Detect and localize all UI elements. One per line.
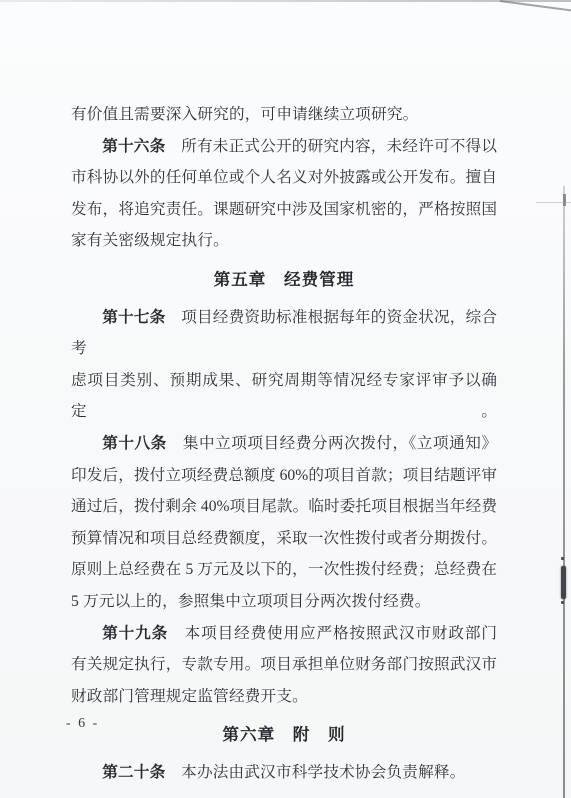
body-line: 第十八条 集中立项项目经费分两次拨付，《立项通知》 <box>71 428 497 460</box>
body-line: 印发后，拨付立项经费总额度 60%的项目首款；项目结题评审 <box>71 460 497 492</box>
body-line: 家有关密级规定执行。 <box>71 225 497 257</box>
body-line: 5 万元以上的，参照集中立项项目分两次拨付经费。 <box>71 586 497 618</box>
body-line: 第十七条 项目经费资助标准根据每年的资金状况，综合考 <box>71 302 497 365</box>
body-line: 第二十条 本办法由武汉市科学技术协会负责解释。 <box>71 757 497 789</box>
article-number: 第十七条 <box>102 309 165 326</box>
body-line: 第十九条 本项目经费使用应严格按照武汉市财政部门 <box>71 618 497 650</box>
document-content: 有价值且需要深入研究的，可申请继续立项研究。第十六条 所有未正式公开的研究内容，… <box>71 99 497 788</box>
paper-top-edge <box>0 0 571 2</box>
article-number: 第十八条 <box>102 435 167 452</box>
scan-edge-line <box>563 186 565 798</box>
scan-edge-dot <box>561 557 564 560</box>
body-line: 原则上总经费在 5 万元及以下的，一次性拨付经费；总经费在 <box>71 554 497 586</box>
scan-crease <box>536 202 571 203</box>
body-line: 预算情况和项目总经费额度，采取一次性拨付或者分期拨付。 <box>71 523 497 555</box>
page-number: - 6 - <box>66 716 99 732</box>
body-line: 财政部门管理规定监管经费开支。 <box>71 681 497 713</box>
body-line: 虑项目类别、预期成果、研究周期等情况经专家评审予以确定。 <box>71 365 497 428</box>
body-line: 通过后，拨付剩余 40%项目尾款。临时委托项目根据当年经费 <box>71 491 497 523</box>
body-line: 有价值且需要深入研究的，可申请继续立项研究。 <box>71 99 497 131</box>
article-number: 第十六条 <box>102 138 165 155</box>
chapter-heading: 第五章 经费管理 <box>71 264 497 296</box>
body-line: 有关规定执行，专款专用。项目承担单位财务部门按照武汉市 <box>71 649 497 681</box>
article-number: 第二十条 <box>102 764 165 781</box>
chapter-heading: 第六章 附 则 <box>71 719 497 751</box>
scan-edge-blob <box>561 566 566 599</box>
body-line: 市科协以外的任何单位或个人名义对外披露或公开发布。擅自 <box>71 162 497 194</box>
body-line: 发布，将追究责任。课题研究中涉及国家机密的，严格按照国 <box>71 194 497 226</box>
scan-edge-dot <box>561 601 564 604</box>
body-line: 第十六条 所有未正式公开的研究内容，未经许可不得以 <box>71 131 497 163</box>
scanned-document-page: { "document": { "page_number": "- 6 -", … <box>0 0 571 798</box>
article-number: 第十九条 <box>102 625 168 642</box>
scan-edge-tick <box>563 194 566 206</box>
